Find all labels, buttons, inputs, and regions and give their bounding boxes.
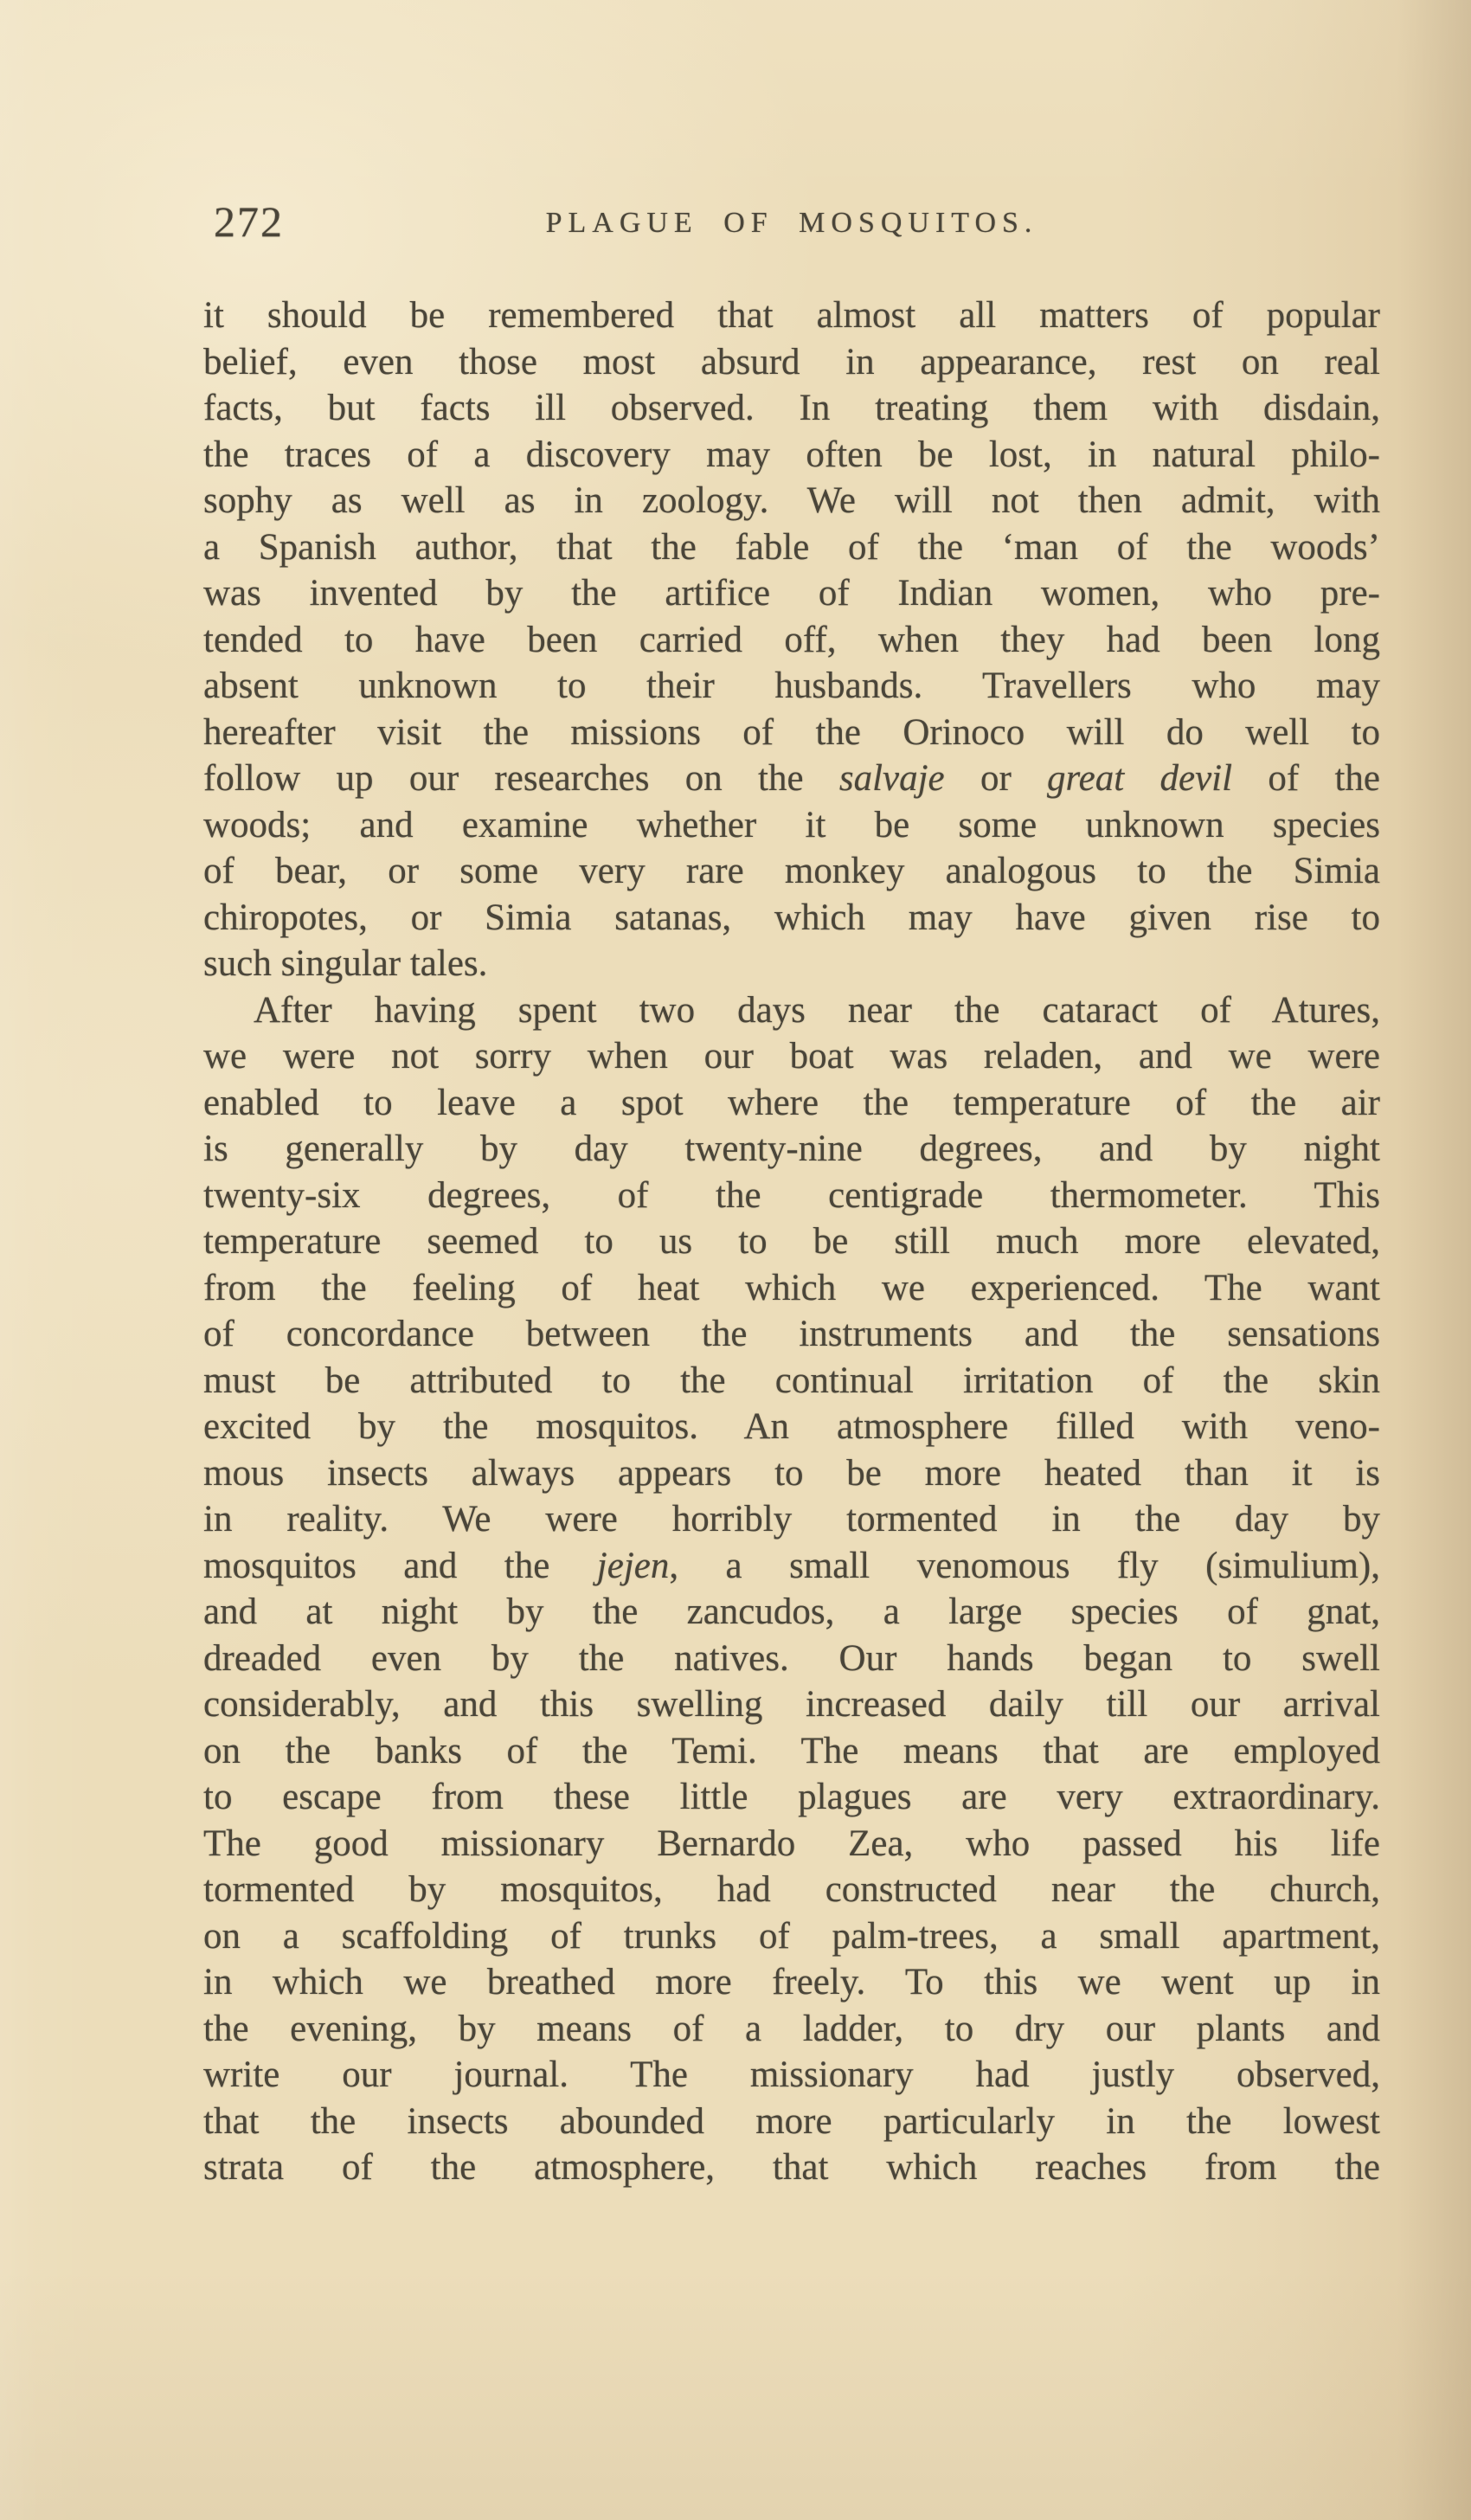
text-segment: and at night by the zancudos, a large sp… <box>203 1591 1380 1632</box>
book-page: 272 PLAGUE OF MOSQUITOS. it should be re… <box>0 0 1471 2520</box>
text-segment: enabled to leave a spot where the temper… <box>203 1083 1380 1123</box>
text-line: of bear, or some very rare monkey analog… <box>203 848 1380 895</box>
text-segment: great devil <box>1047 758 1232 799</box>
paragraph: After having spent two days near the cat… <box>203 987 1380 2191</box>
text-segment: salvaje <box>839 758 945 799</box>
text-segment: belief, even those most absurd in appear… <box>203 342 1380 382</box>
text-line: of concordance between the instruments a… <box>203 1311 1380 1358</box>
text-segment: from the feeling of heat which we experi… <box>203 1268 1380 1308</box>
text-segment: that the insects abounded more particula… <box>203 2101 1380 2142</box>
text-line: such singular tales. <box>203 941 1380 987</box>
text-segment: on a scaffolding of trunks of palm-trees… <box>203 1916 1380 1957</box>
text-line: to escape from these little plagues are … <box>203 1774 1380 1821</box>
text-line: temperature seemed to us to be still muc… <box>203 1218 1380 1265</box>
text-segment: absent unknown to their husbands. Travel… <box>203 665 1380 706</box>
text-line: in reality. We were horribly tormented i… <box>203 1496 1380 1543</box>
text-segment: or <box>945 758 1047 799</box>
text-segment: jejen <box>597 1546 670 1586</box>
text-line: woods; and examine whether it be some un… <box>203 802 1380 849</box>
text-segment: strata of the atmosphere, that which rea… <box>203 2147 1380 2188</box>
text-segment: facts, but facts ill observed. In treati… <box>203 388 1380 428</box>
text-segment: of bear, or some very rare monkey analog… <box>203 851 1380 891</box>
text-line: considerably, and this swelling increase… <box>203 1681 1380 1728</box>
paragraph: it should be remembered that almost all … <box>203 292 1380 987</box>
page-body: it should be remembered that almost all … <box>203 292 1380 2191</box>
text-segment: temperature seemed to us to be still muc… <box>203 1221 1380 1262</box>
text-line: hereafter visit the missions of the Orin… <box>203 710 1380 756</box>
text-segment: of the <box>1232 758 1380 799</box>
text-line: strata of the atmosphere, that which rea… <box>203 2144 1380 2191</box>
text-segment: tormented by mosquitos, had constructed … <box>203 1869 1380 1910</box>
text-line: follow up our researches on the salvaje … <box>203 755 1380 802</box>
page-header: 272 PLAGUE OF MOSQUITOS. <box>203 202 1380 254</box>
text-line: mosquitos and the jejen, a small venomou… <box>203 1543 1380 1590</box>
text-line: a Spanish author, that the fable of the … <box>203 524 1380 571</box>
text-segment: follow up our researches on the <box>203 758 839 799</box>
text-line: we were not sorry when our boat was rela… <box>203 1033 1380 1080</box>
text-line: the evening, by means of a ladder, to dr… <box>203 2006 1380 2053</box>
text-segment: it should be remembered that almost all … <box>203 295 1380 336</box>
text-line: After having spent two days near the cat… <box>203 987 1380 1034</box>
page-number: 272 <box>214 197 284 246</box>
text-line: enabled to leave a spot where the temper… <box>203 1080 1380 1127</box>
text-segment: dreaded even by the natives. Our hands b… <box>203 1638 1380 1679</box>
text-line: it should be remembered that almost all … <box>203 292 1380 339</box>
text-line: The good missionary Bernardo Zea, who pa… <box>203 1821 1380 1867</box>
text-segment: tended to have been carried off, when th… <box>203 620 1380 660</box>
text-line: must be attributed to the continual irri… <box>203 1358 1380 1405</box>
text-segment: mous insects always appears to be more h… <box>203 1453 1380 1494</box>
text-line: belief, even those most absurd in appear… <box>203 339 1380 386</box>
text-segment: mosquitos and the <box>203 1546 597 1586</box>
text-segment: we were not sorry when our boat was rela… <box>203 1036 1380 1077</box>
text-line: tended to have been carried off, when th… <box>203 617 1380 664</box>
text-segment: the evening, by means of a ladder, to dr… <box>203 2009 1380 2049</box>
text-line: on the banks of the Temi. The means that… <box>203 1728 1380 1775</box>
text-line: is generally by day twenty-nine degrees,… <box>203 1126 1380 1173</box>
text-line: excited by the mosquitos. An atmosphere … <box>203 1404 1380 1450</box>
text-segment: chiropotes, or Simia satanas, which may … <box>203 897 1380 938</box>
text-segment: is generally by day twenty-nine degrees,… <box>203 1128 1380 1169</box>
text-segment: write our journal. The missionary had ju… <box>203 2054 1380 2095</box>
text-line: in which we breathed more freely. To thi… <box>203 1959 1380 2006</box>
text-segment: The good missionary Bernardo Zea, who pa… <box>203 1823 1380 1864</box>
text-segment: must be attributed to the continual irri… <box>203 1360 1380 1401</box>
text-segment: such singular tales. <box>203 943 487 984</box>
text-segment: a Spanish author, that the fable of the … <box>203 527 1380 568</box>
text-segment: on the banks of the Temi. The means that… <box>203 1731 1380 1771</box>
text-segment: hereafter visit the missions of the Orin… <box>203 712 1380 753</box>
text-segment: After having spent two days near the cat… <box>254 990 1380 1031</box>
text-segment: woods; and examine whether it be some un… <box>203 805 1380 845</box>
text-line: write our journal. The missionary had ju… <box>203 2052 1380 2099</box>
text-line: the traces of a discovery may often be l… <box>203 432 1380 479</box>
text-segment: was invented by the artifice of Indian w… <box>203 573 1380 614</box>
text-line: tormented by mosquitos, had constructed … <box>203 1867 1380 1913</box>
text-line: mous insects always appears to be more h… <box>203 1450 1380 1497</box>
text-segment: to escape from these little plagues are … <box>203 1777 1380 1817</box>
text-line: from the feeling of heat which we experi… <box>203 1265 1380 1312</box>
text-segment: of concordance between the instruments a… <box>203 1314 1380 1354</box>
running-head: PLAGUE OF MOSQUITOS. <box>203 202 1380 244</box>
text-segment: excited by the mosquitos. An atmosphere … <box>203 1406 1380 1447</box>
text-segment: twenty-six degrees, of the centigrade th… <box>203 1175 1380 1216</box>
text-line: facts, but facts ill observed. In treati… <box>203 385 1380 432</box>
text-segment: considerably, and this swelling increase… <box>203 1684 1380 1725</box>
text-line: and at night by the zancudos, a large sp… <box>203 1589 1380 1636</box>
text-segment: in reality. We were horribly tormented i… <box>203 1499 1380 1540</box>
text-line: dreaded even by the natives. Our hands b… <box>203 1636 1380 1682</box>
text-line: chiropotes, or Simia satanas, which may … <box>203 895 1380 942</box>
text-line: sophy as well as in zoology. We will not… <box>203 478 1380 524</box>
text-line: on a scaffolding of trunks of palm-trees… <box>203 1913 1380 1960</box>
text-line: twenty-six degrees, of the centigrade th… <box>203 1173 1380 1219</box>
text-segment: sophy as well as in zoology. We will not… <box>203 480 1380 521</box>
text-line: absent unknown to their husbands. Travel… <box>203 663 1380 710</box>
text-line: that the insects abounded more particula… <box>203 2099 1380 2145</box>
text-line: was invented by the artifice of Indian w… <box>203 570 1380 617</box>
text-segment: in which we breathed more freely. To thi… <box>203 1962 1380 2002</box>
text-segment: , a small venomous fly (simulium), <box>669 1546 1380 1586</box>
text-segment: the traces of a discovery may often be l… <box>203 434 1380 475</box>
